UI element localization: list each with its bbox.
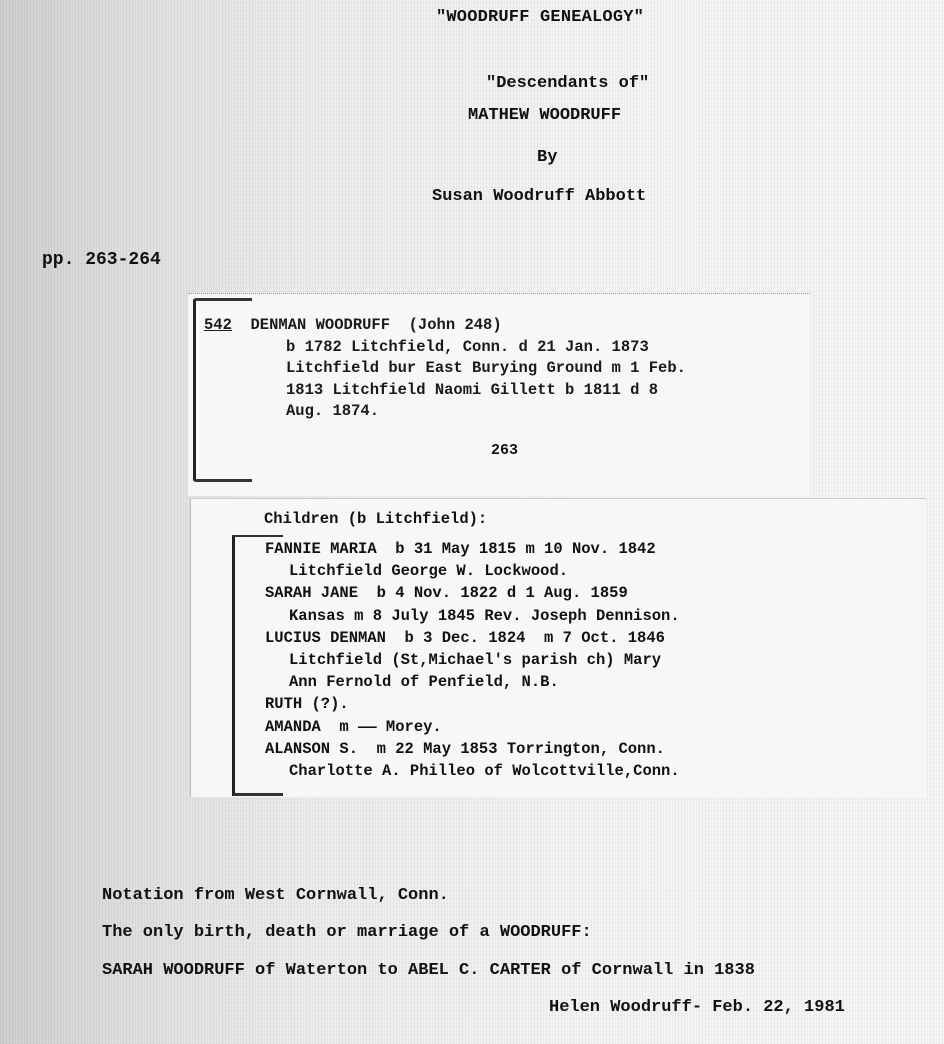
child-line: Litchfield George W. Lockwood.	[289, 562, 568, 580]
entry-line: Aug. 1874.	[286, 400, 379, 422]
child-line: SARAH JANE b 4 Nov. 1822 d 1 Aug. 1859	[265, 584, 628, 602]
child-line: Kansas m 8 July 1845 Rev. Joseph Denniso…	[289, 607, 680, 625]
notation-line: SARAH WOODRUFF of Waterton to ABEL C. CA…	[102, 961, 755, 980]
page-number: 263	[491, 442, 518, 459]
notation-line: Notation from West Cornwall, Conn.	[102, 886, 449, 905]
child-line: AMANDA m —— Morey.	[265, 718, 442, 736]
entry-line: Litchfield bur East Burying Ground m 1 F…	[286, 357, 686, 379]
notation-line: The only birth, death or marriage of a W…	[102, 923, 592, 942]
child-line: Ann Fernold of Penfield, N.B.	[289, 673, 559, 691]
document-title: "WOODRUFF GENEALOGY"	[436, 8, 644, 27]
child-line: ALANSON S. m 22 May 1853 Torrington, Con…	[265, 740, 665, 758]
page-reference: pp. 263-264	[42, 250, 161, 270]
entry-number: 542	[204, 316, 232, 334]
entry-line: b 1782 Litchfield, Conn. d 21 Jan. 1873	[286, 336, 649, 358]
signature: Helen Woodruff- Feb. 22, 1981	[549, 998, 845, 1017]
children-heading: Children (b Litchfield):	[264, 510, 487, 528]
entry-heading: 542 DENMAN WOODRUFF (John 248)	[204, 314, 502, 336]
child-line: RUTH (?).	[265, 695, 349, 713]
author-name: Susan Woodruff Abbott	[432, 187, 646, 206]
child-line: LUCIUS DENMAN b 3 Dec. 1824 m 7 Oct. 184…	[265, 629, 665, 647]
document-subtitle: "Descendants of"	[486, 74, 649, 93]
by-line: By	[537, 148, 557, 167]
entry-line: 1813 Litchfield Naomi Gillett b 1811 d 8	[286, 379, 658, 401]
child-line: FANNIE MARIA b 31 May 1815 m 10 Nov. 184…	[265, 540, 656, 558]
child-line: Charlotte A. Philleo of Wolcottville,Con…	[289, 762, 680, 780]
entry-name: DENMAN WOODRUFF (John 248)	[232, 316, 502, 334]
child-line: Litchfield (St,Michael's parish ch) Mary	[289, 651, 661, 669]
ancestor-name: MATHEW WOODRUFF	[468, 106, 621, 125]
